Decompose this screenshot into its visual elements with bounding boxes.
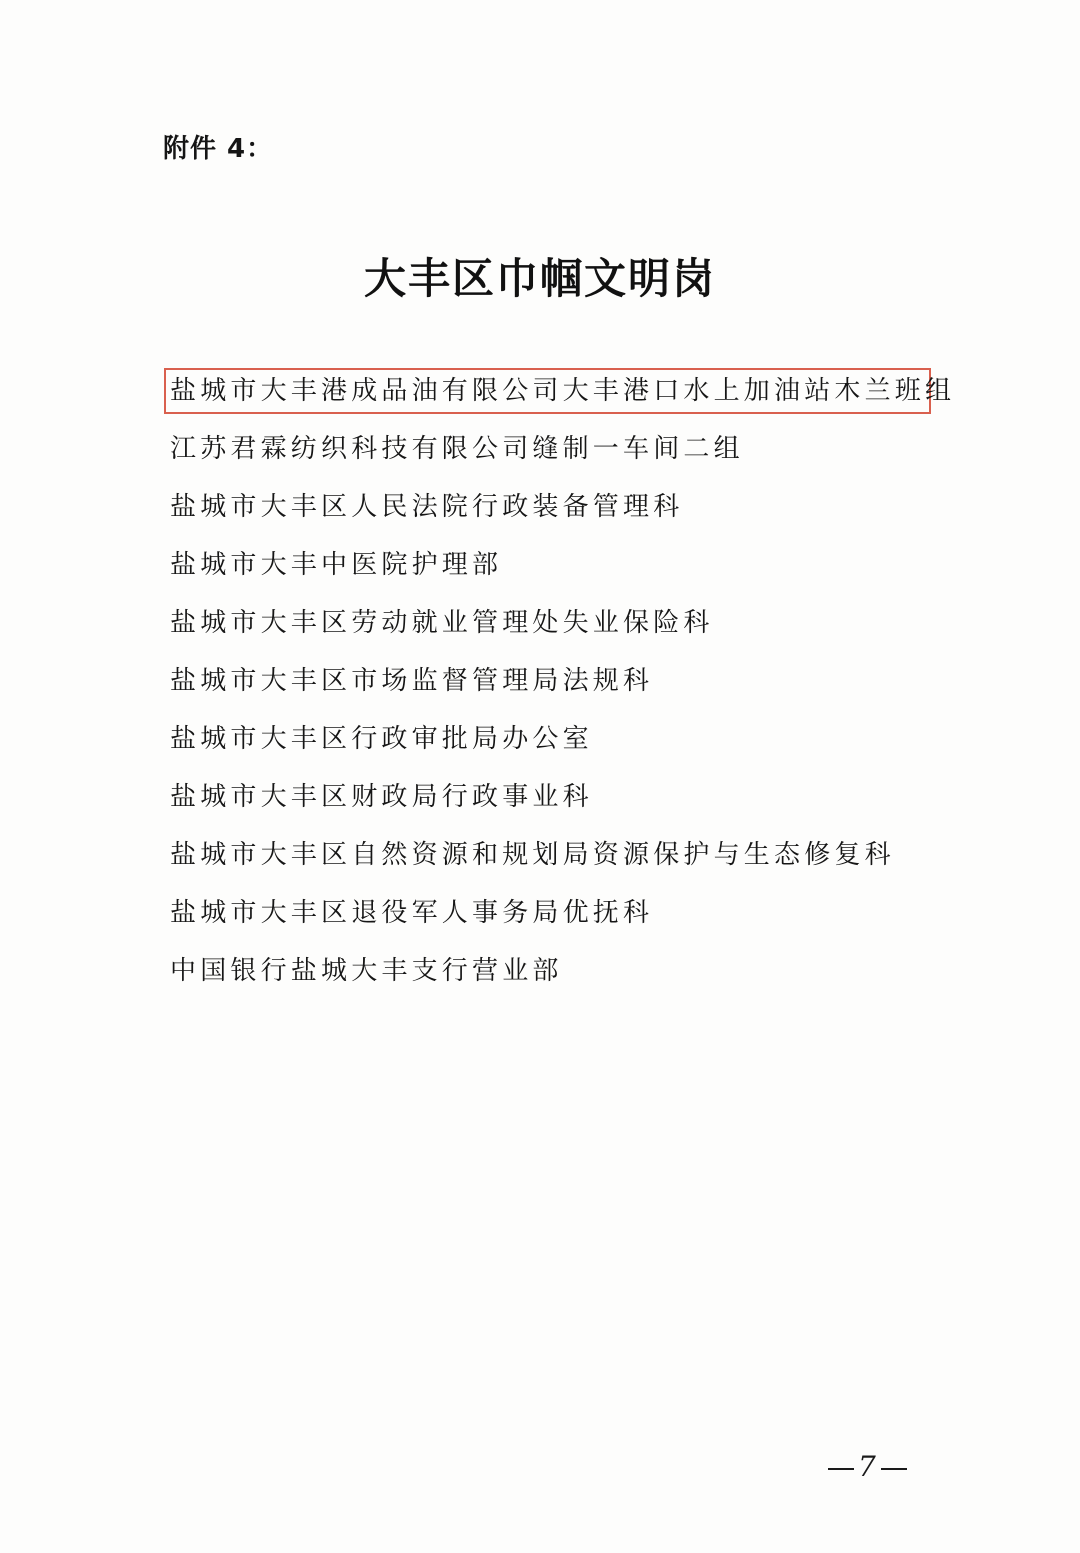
list-item: 盐城市大丰区人民法院行政装备管理科 bbox=[170, 486, 955, 544]
honoree-list: 盐城市大丰港成品油有限公司大丰港口水上加油站木兰班组 江苏君霖纺织科技有限公司缝… bbox=[170, 370, 955, 1008]
page-number-value: 7 bbox=[858, 1450, 877, 1483]
list-item: 盐城市大丰中医院护理部 bbox=[170, 544, 955, 602]
dash-right bbox=[881, 1468, 907, 1470]
list-item: 中国银行盐城大丰支行营业部 bbox=[170, 950, 955, 1008]
dash-left bbox=[828, 1468, 854, 1470]
list-item: 盐城市大丰区财政局行政事业科 bbox=[170, 776, 955, 834]
list-item: 盐城市大丰区劳动就业管理处失业保险科 bbox=[170, 602, 955, 660]
list-item: 盐城市大丰区自然资源和规划局资源保护与生态修复科 bbox=[170, 834, 955, 892]
list-item-highlighted: 盐城市大丰港成品油有限公司大丰港口水上加油站木兰班组 bbox=[170, 370, 955, 428]
attachment-label: 附件 4： bbox=[163, 128, 273, 165]
list-item: 盐城市大丰区行政审批局办公室 bbox=[170, 718, 955, 776]
page-number: 7 bbox=[824, 1450, 911, 1483]
document-title: 大丰区巾帼文明岗 bbox=[0, 246, 1080, 306]
list-item: 盐城市大丰区退役军人事务局优抚科 bbox=[170, 892, 955, 950]
list-item: 盐城市大丰区市场监督管理局法规科 bbox=[170, 660, 955, 718]
document-page: 附件 4： 大丰区巾帼文明岗 盐城市大丰港成品油有限公司大丰港口水上加油站木兰班… bbox=[0, 0, 1080, 1553]
list-item: 江苏君霖纺织科技有限公司缝制一车间二组 bbox=[170, 428, 955, 486]
